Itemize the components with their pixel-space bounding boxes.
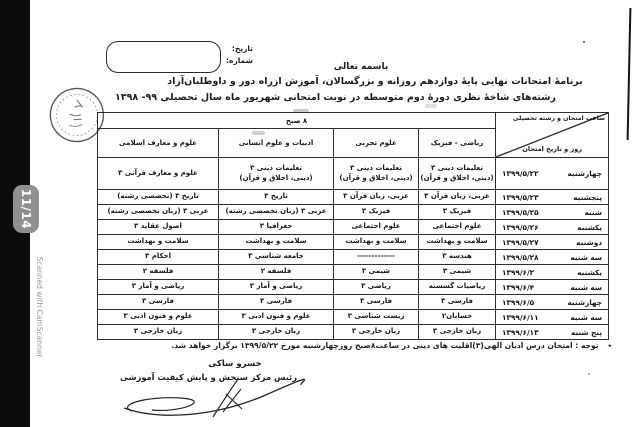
subject-cell: زبان خارجی ۳: [334, 325, 419, 340]
subject-cell: هندسه ۳: [419, 250, 496, 265]
column-header: ادبیات و علوم انسانی: [219, 129, 334, 158]
exam-date: ۱۳۹۹/۵/۲۵: [502, 208, 539, 217]
date-label: تاریخ:: [221, 43, 253, 55]
day-date-cell: دوشنبه۱۳۹۹/۵/۲۷: [496, 235, 609, 250]
subject-cell: زبان خارجی ۳: [419, 325, 496, 340]
subject-cell: سلامت و بهداشت: [98, 235, 219, 250]
ref-labels: تاریخ: شماره:: [221, 43, 253, 67]
subject-cell: جغرافیا ۳: [219, 220, 334, 235]
subject-cell: علوم و فنون ادبی ۳: [98, 310, 219, 325]
date-number-box: [106, 41, 221, 73]
subject-cell: فیزیک ۳: [419, 205, 496, 220]
table-row: چهارشنبه۱۳۹۹/۵/۲۲تعلیمات دینی ۳ (دینی، ا…: [98, 158, 609, 190]
day-date-cell: شنبه۱۳۹۹/۵/۲۵: [496, 205, 609, 220]
subject-cell: سلامت و بهداشت: [419, 235, 496, 250]
day-date-cell: چهارشنبه۱۳۹۹/۶/۵: [496, 295, 609, 310]
corner-header-cell: ساعت امتحان و رشته تحصیلی روز و تاریخ ام…: [496, 113, 609, 158]
subject-cell: ریاضی ۳: [334, 280, 419, 295]
subject-cell: تاریخ ۳ (تخصصی رشته): [98, 190, 219, 205]
subject-cell: ریاضی و آمار ۳: [98, 280, 219, 295]
subject-cell: فارسی ۳: [98, 295, 219, 310]
corner-label-track: ساعت امتحان و رشته تحصیلی: [513, 115, 605, 122]
scan-edge-line: [627, 8, 632, 140]
subject-cell: فارسی ۳: [334, 295, 419, 310]
subject-cell: عربی، زبان قرآن ۳: [419, 190, 496, 205]
day-name: یکشنبه: [577, 268, 602, 277]
column-header: علوم تجربی: [334, 129, 419, 158]
day-name: سه شنبه: [570, 283, 602, 292]
table-row: پنجشنبه۱۳۹۹/۵/۲۳عربی، زبان قرآن ۳عربی، ز…: [98, 190, 609, 205]
day-date-cell: سه شنبه۱۳۹۹/۶/۱۱: [496, 310, 609, 325]
subject-cell: زبان خارجی ۳: [98, 325, 219, 340]
subject-cell: تاریخ ۳: [219, 190, 334, 205]
table-row: یکشنبه۱۳۹۹/۵/۲۶علوم اجتماعیعلوم اجتماعیج…: [98, 220, 609, 235]
exam-date: ۱۳۹۹/۶/۱۳: [502, 328, 539, 337]
subject-cell: شیمی ۳: [419, 265, 496, 280]
day-date-cell: سه شنبه۱۳۹۹/۶/۴: [496, 280, 609, 295]
day-name: سه شنبه: [570, 313, 602, 322]
subject-cell: زیست شناسی ۳: [334, 310, 419, 325]
subject-cell: عربی، زبان قرآن ۳: [334, 190, 419, 205]
subject-cell: احکام ۳: [98, 250, 219, 265]
subject-cell: فیزیک ۳: [334, 205, 419, 220]
subject-cell: فلسفه ۲: [98, 265, 219, 280]
subject-cell: اصول عقاید ۳: [98, 220, 219, 235]
scan-smudge: [425, 104, 437, 108]
table-row: چهارشنبه۱۳۹۹/۶/۵فارسی ۳فارسی ۳فارسی ۳فار…: [98, 295, 609, 310]
number-label: شماره:: [221, 55, 253, 67]
table-row: سه شنبه۱۳۹۹/۵/۲۸هندسه ۳-------------جامع…: [98, 250, 609, 265]
scan-speck: [583, 41, 585, 43]
time-header: ۸ صبح: [98, 113, 496, 129]
page-number-badge: 11/14: [13, 185, 39, 233]
column-header: علوم و معارف اسلامی: [98, 129, 219, 158]
signature-scribble-icon: [116, 374, 306, 422]
subject-cell: فارسی ۳: [219, 295, 334, 310]
day-name: دوشنبه: [576, 238, 602, 247]
camscanner-watermark: Scanned with CamScanner: [32, 251, 44, 363]
exam-schedule-table: ساعت امتحان و رشته تحصیلی روز و تاریخ ام…: [97, 112, 609, 340]
table-row: سه شنبه۱۳۹۹/۶/۱۱حسابان۲زیست شناسی ۳علوم …: [98, 310, 609, 325]
day-date-cell: پنجشنبه۱۳۹۹/۵/۲۳: [496, 190, 609, 205]
footnote-text: توجه : امتحان درس ادیان الهی(۳)اقلیت های…: [171, 341, 598, 350]
subject-cell: عربی ۳ (زبان تخصصی رشته): [219, 205, 334, 220]
subject-cell: سلامت و بهداشت: [219, 235, 334, 250]
day-name: چهارشنبه: [567, 169, 602, 178]
table-row: شنبه۱۳۹۹/۵/۲۵فیزیک ۳فیزیک ۳عربی ۳ (زبان …: [98, 205, 609, 220]
subject-cell: تعلیمات دینی ۳ (دینی، اخلاق و قرآن): [334, 158, 419, 190]
exam-date: ۱۳۹۹/۶/۵: [502, 298, 534, 307]
corner-label-daydate: روز و تاریخ امتحان: [522, 145, 582, 153]
exam-date: ۱۳۹۹/۵/۲۲: [502, 169, 539, 178]
subject-cell: زبان خارجی ۳: [219, 325, 334, 340]
document-title-line2: رشته‌های شاخهٔ نظری دورهٔ دوم متوسطه در …: [113, 92, 558, 103]
day-name: شنبه: [584, 208, 602, 217]
table-row: سه شنبه۱۳۹۹/۶/۴ریاضیات گسستهریاضی ۳ریاضی…: [98, 280, 609, 295]
subject-cell: ریاضی و آمار ۳: [219, 280, 334, 295]
day-name: یکشنبه: [577, 223, 602, 232]
day-name: پنجشنبه: [573, 193, 602, 202]
day-date-cell: سه شنبه۱۳۹۹/۵/۲۸: [496, 250, 609, 265]
subject-cell: سلامت و بهداشت: [334, 235, 419, 250]
subject-cell: فارسی ۳: [419, 295, 496, 310]
table-row: پنج شنبه۱۳۹۹/۶/۱۳زبان خارجی ۳زبان خارجی …: [98, 325, 609, 340]
subject-cell: ریاضیات گسسته: [419, 280, 496, 295]
day-name: سه شنبه: [570, 253, 602, 262]
column-header: ریاضی - فیزیک: [419, 129, 496, 158]
exam-date: ۱۳۹۹/۵/۲۷: [502, 238, 539, 247]
footnote: ٭توجه : امتحان درس ادیان الهی(۳)اقلیت ها…: [171, 341, 612, 350]
subject-cell: شیمی ۳: [334, 265, 419, 280]
day-name: پنج شنبه: [571, 328, 602, 337]
day-date-cell: یکشنبه۱۳۹۹/۵/۲۶: [496, 220, 609, 235]
subject-cell: علوم اجتماعی: [334, 220, 419, 235]
subject-cell: جامعه شناسی ۳: [219, 250, 334, 265]
bismillah-heading: باسمه تعالی: [311, 62, 411, 72]
exam-date: ۱۳۹۹/۶/۴: [502, 283, 534, 292]
exam-date: ۱۳۹۹/۶/۱۱: [502, 313, 539, 322]
subject-cell: تعلیمات دینی ۳ (دینی، اخلاق و قرآن): [219, 158, 334, 190]
exam-date: ۱۳۹۹/۵/۲۳: [502, 193, 539, 202]
exam-date: ۱۳۹۹/۵/۲۶: [502, 223, 539, 232]
subject-cell: تعلیمات دینی ۳ (دینی، اخلاق و قرآن): [419, 158, 496, 190]
day-name: چهارشنبه: [567, 298, 602, 307]
subject-cell: علوم و فنون ادبی ۳: [219, 310, 334, 325]
footnote-star: ٭: [608, 341, 612, 350]
subject-cell: عربی ۳ (زبان تخصصی رشته): [98, 205, 219, 220]
subject-cell: علوم و معارف قرآنی ۳: [98, 158, 219, 190]
scan-speck: [588, 373, 590, 375]
day-date-cell: یکشنبه۱۳۹۹/۶/۲: [496, 265, 609, 280]
exam-date: ۱۳۹۹/۵/۲۸: [502, 253, 539, 262]
subject-cell: حسابان۲: [419, 310, 496, 325]
table-row: دوشنبه۱۳۹۹/۵/۲۷سلامت و بهداشتسلامت و بهد…: [98, 235, 609, 250]
table-row: یکشنبه۱۳۹۹/۶/۲شیمی ۳شیمی ۳فلسفه ۲فلسفه ۲: [98, 265, 609, 280]
document-title-line1: برنامهٔ امتحانات نهایی پایهٔ دوازدهم روز…: [155, 76, 595, 87]
subject-cell: -------------: [334, 250, 419, 265]
signatory-name: خسرو ساکی: [203, 359, 267, 369]
subject-cell: فلسفه ۲: [219, 265, 334, 280]
exam-date: ۱۳۹۹/۶/۲: [502, 268, 534, 277]
subject-cell: علوم اجتماعی: [419, 220, 496, 235]
day-date-cell: پنج شنبه۱۳۹۹/۶/۱۳: [496, 325, 609, 340]
day-date-cell: چهارشنبه۱۳۹۹/۵/۲۲: [496, 158, 609, 190]
